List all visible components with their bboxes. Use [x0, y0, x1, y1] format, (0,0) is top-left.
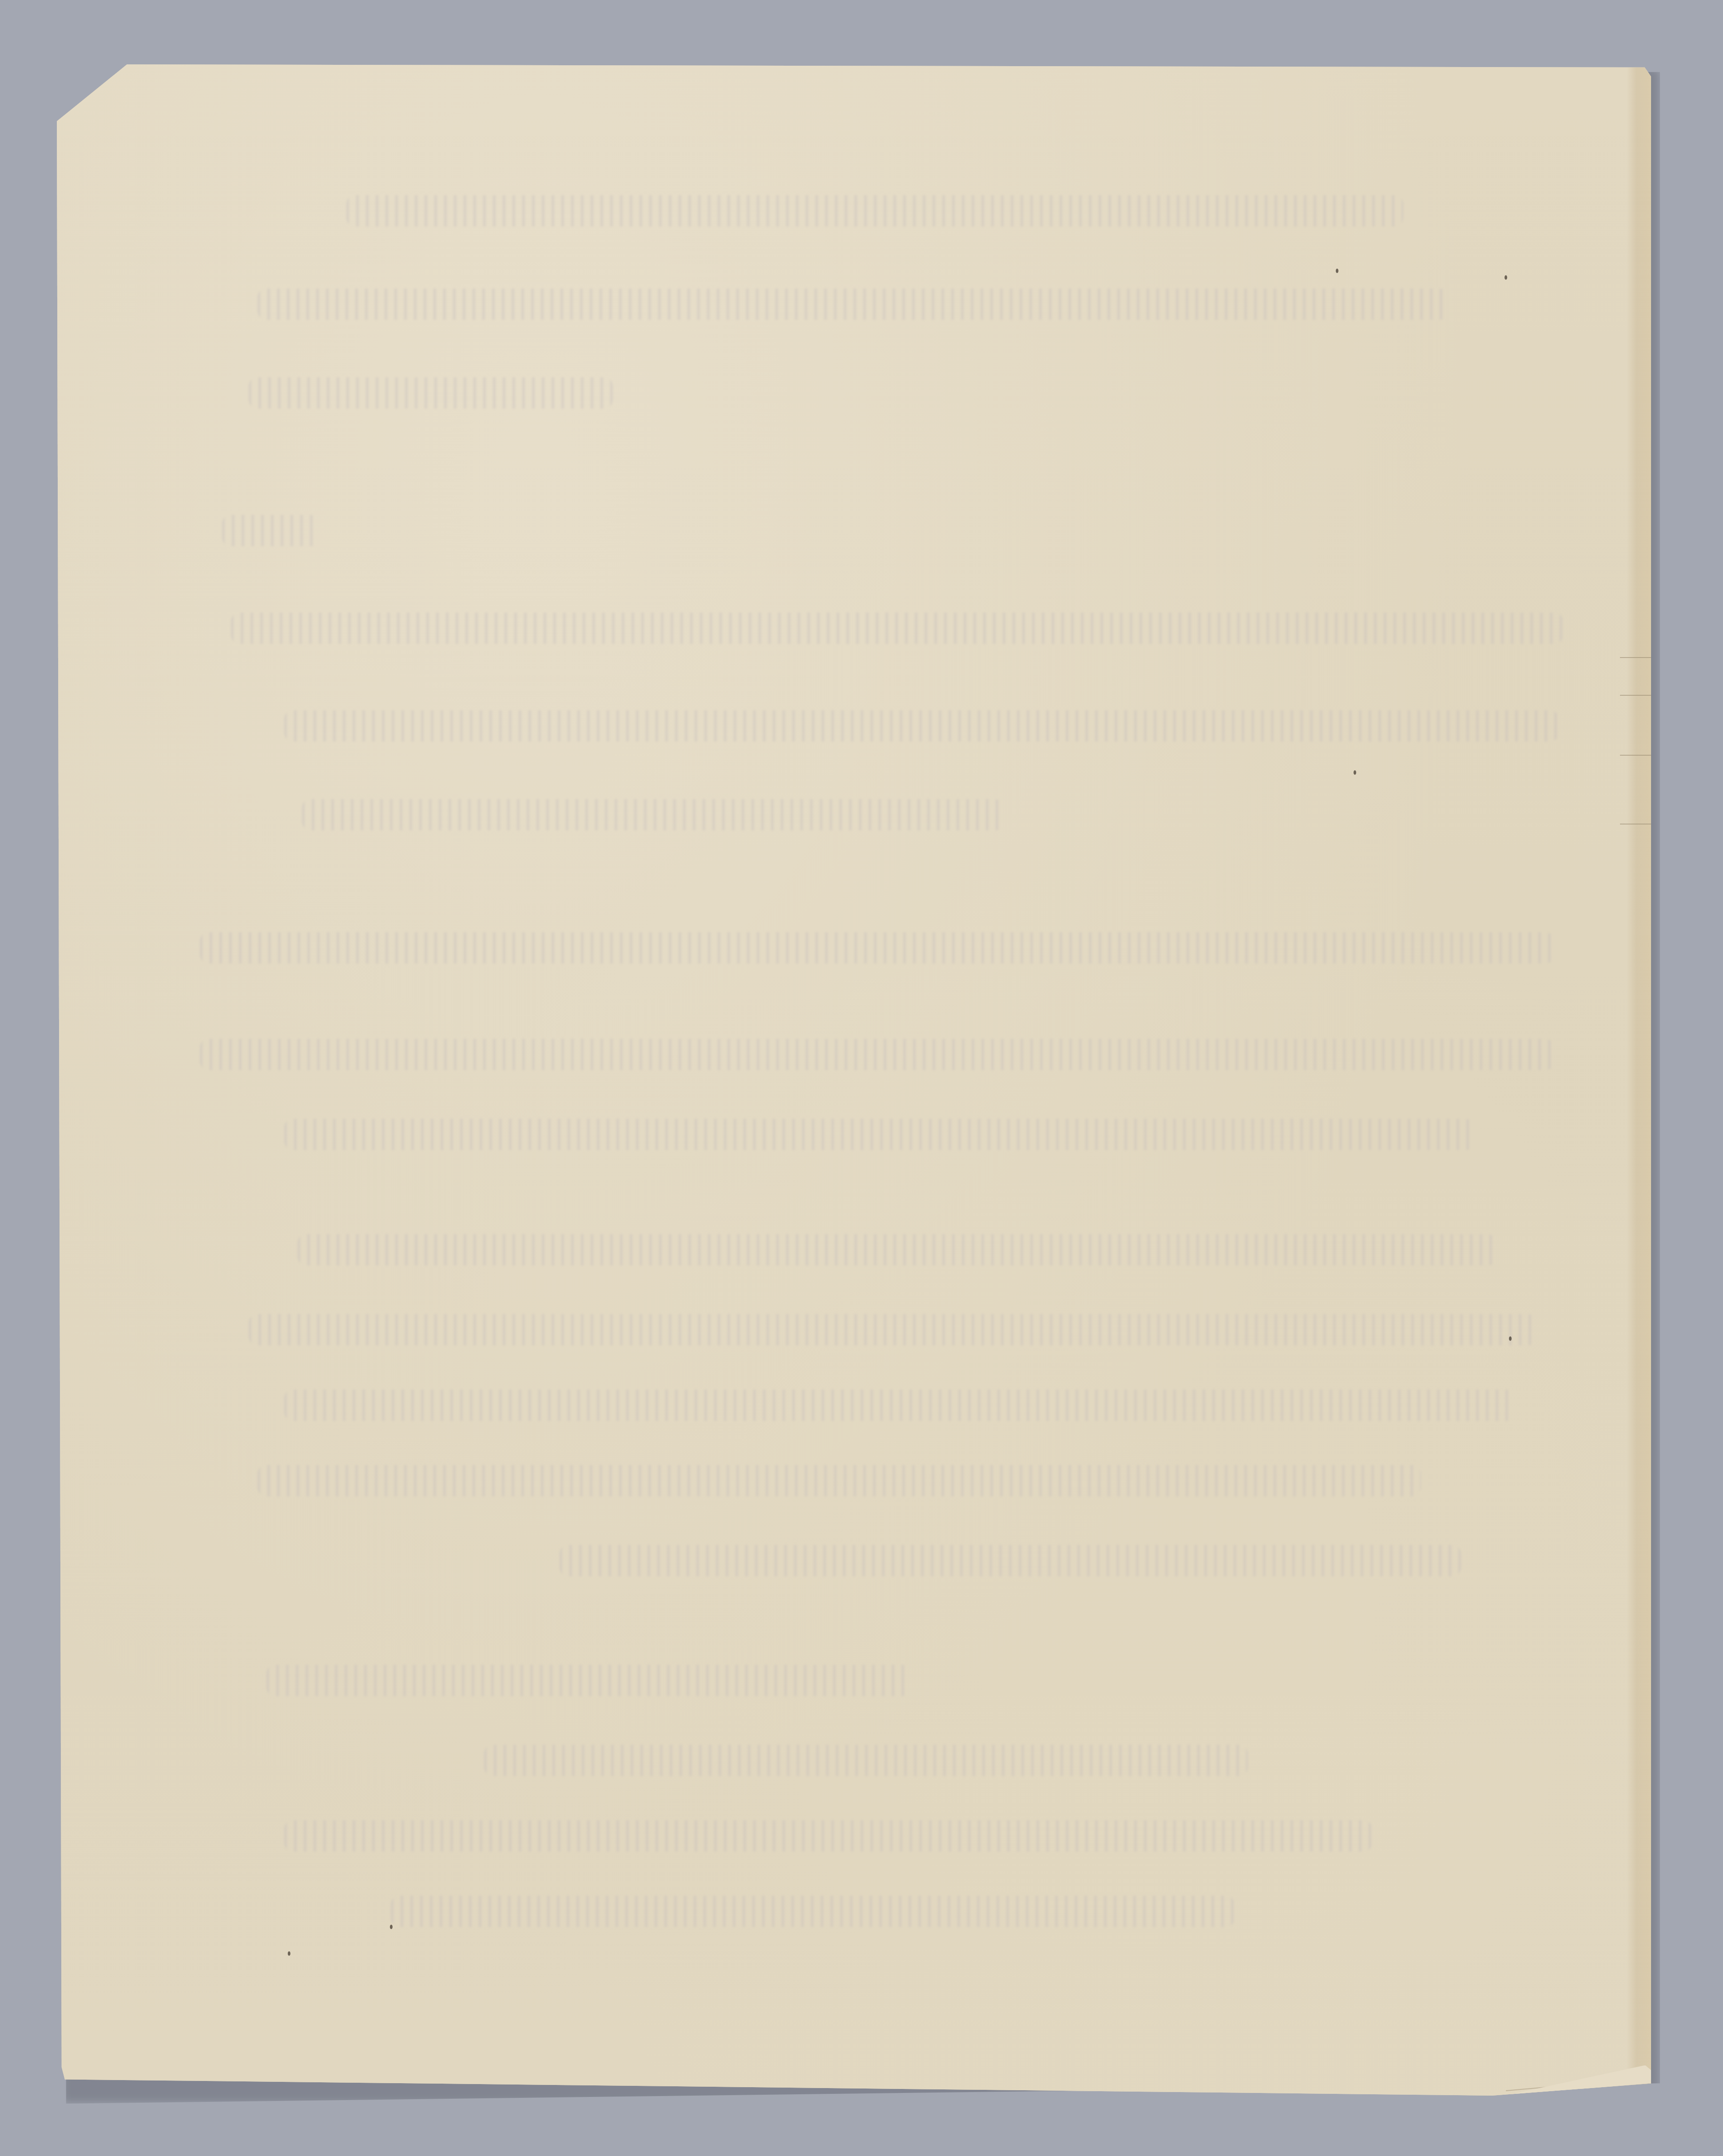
- ink-speck: [390, 1925, 393, 1929]
- ink-speck: [1505, 275, 1507, 280]
- edge-tear-nick: [1620, 824, 1651, 824]
- edge-tear-nick: [1620, 755, 1651, 756]
- bleed-through-line: [284, 1390, 1514, 1421]
- bleed-through-line: [258, 289, 1448, 320]
- bleed-through-line: [200, 932, 1554, 963]
- ink-speck: [1336, 269, 1338, 273]
- bleed-through-line: [284, 710, 1559, 741]
- bleed-through-line: [346, 195, 1403, 226]
- bleed-through-line: [249, 1314, 1536, 1345]
- bleed-through-line: [200, 1039, 1554, 1070]
- bleed-through-line: [231, 613, 1563, 644]
- bleed-through-line: [266, 1665, 910, 1696]
- letter-sheet: Reverse side of a single handwritten she…: [57, 64, 1651, 2096]
- ink-speck: [288, 1951, 290, 1956]
- bleed-through-line: [222, 515, 320, 546]
- bleed-through-line: [284, 1119, 1474, 1150]
- bleed-through-line: [484, 1745, 1248, 1776]
- bleed-through-line: [284, 1820, 1372, 1851]
- right-edge-toning: [1627, 64, 1651, 2096]
- edge-tear-nick: [1620, 657, 1651, 658]
- bleed-through-line: [249, 377, 613, 408]
- ink-speck: [1509, 1336, 1512, 1341]
- bleed-through-line: [302, 799, 1004, 830]
- edge-tear-nick: [1620, 695, 1651, 696]
- ink-speck: [1354, 770, 1356, 775]
- bleed-through-line: [560, 1545, 1461, 1576]
- bleed-through-line: [298, 1234, 1497, 1265]
- bleed-through-line: [258, 1465, 1421, 1496]
- bleed-through-line: [391, 1896, 1235, 1927]
